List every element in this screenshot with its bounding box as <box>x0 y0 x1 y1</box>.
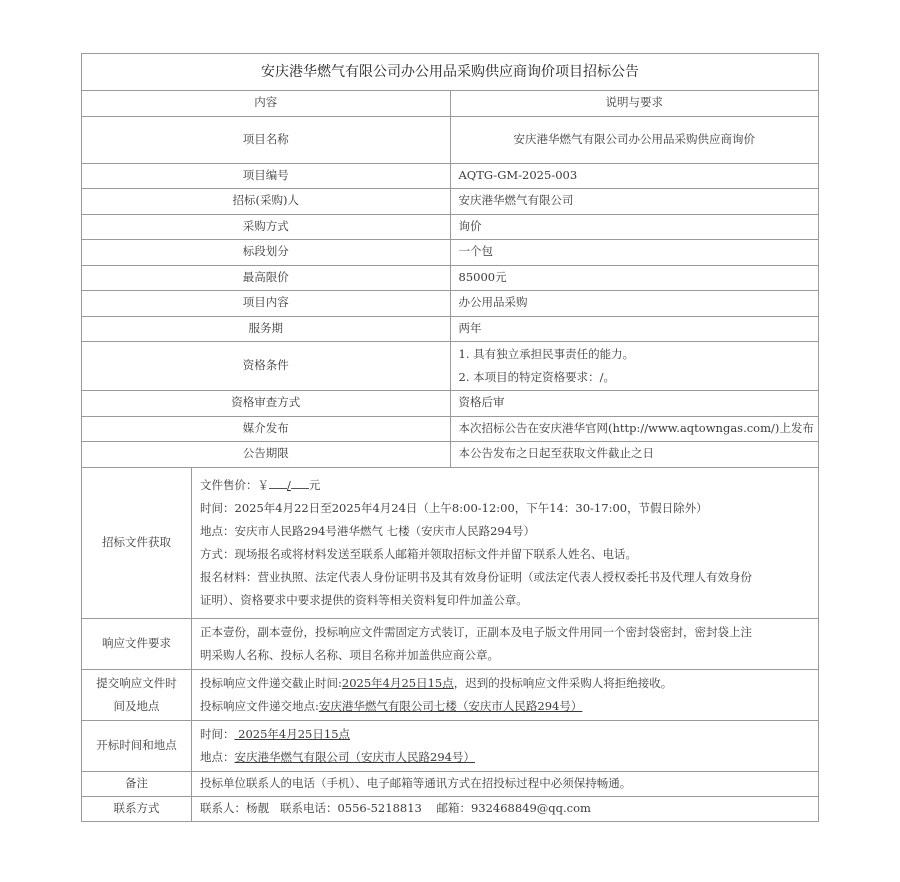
submit-deadline: 投标响应文件递交截止时间:2025年4月25日15点，迟到的投标响应文件采购人将… <box>200 672 818 695</box>
submit-deadline-prefix: 投标响应文件递交截止时间: <box>200 676 342 690</box>
row-label-response-req: 响应文件要求 <box>82 619 192 670</box>
row-value-content: 办公用品采购 <box>450 291 819 317</box>
announcement-table: 安庆港华燃气有限公司办公用品采购供应商询价项目招标公告 内容 说明与要求 项目名… <box>81 53 819 468</box>
row-label-max-price: 最高限价 <box>82 265 451 291</box>
row-value-doc-obtain: 文件售价：￥/元 时间：2025年4月22日至2025年4月24日（上午8:00… <box>192 468 819 619</box>
row-value-qualification: 1. 具有独立承担民事责任的能力。 2. 本项目的特定资格要求：/。 <box>450 342 819 391</box>
row-label-lots: 标段划分 <box>82 240 451 266</box>
response-req-line-2: 明采购人名称、投标人名称、项目名称并加盖供应商公章。 <box>200 644 818 667</box>
opening-place-prefix: 地点： <box>200 750 235 764</box>
opening-place: 地点：安庆港华燃气有限公司（安庆市人民路294号） <box>200 746 818 769</box>
doc-time: 时间：2025年4月22日至2025年4月24日（上午8:00-12:00，下午… <box>200 497 818 520</box>
procurement-details-table: 招标文件获取 文件售价：￥/元 时间：2025年4月22日至2025年4月24日… <box>81 467 819 822</box>
row-value-service-period: 两年 <box>450 316 819 342</box>
submit-place-prefix: 投标响应文件递交地点: <box>200 699 319 713</box>
row-value-project-name: 安庆港华燃气有限公司办公用品采购供应商询价 <box>450 116 819 163</box>
row-value-contact: 联系人：杨靓 联系电话：0556-5218813 邮箱：932468849@qq… <box>192 797 819 822</box>
row-label-purchaser: 招标(采购)人 <box>82 189 451 215</box>
header-description: 说明与要求 <box>450 91 819 117</box>
qualification-line-2: 2. 本项目的特定资格要求：/。 <box>459 366 819 389</box>
row-label-project-number: 项目编号 <box>82 163 451 189</box>
opening-place-value: 安庆港华燃气有限公司（安庆市人民路294号） <box>235 750 475 764</box>
doc-materials-2: 证明）、资格要求中要求提供的资料等相关资料复印件加盖公章。 <box>200 589 818 612</box>
row-label-opening: 开标时间和地点 <box>82 721 192 772</box>
row-label-period: 公告期限 <box>82 442 451 468</box>
row-label-content: 项目内容 <box>82 291 451 317</box>
row-label-doc-obtain: 招标文件获取 <box>82 468 192 619</box>
row-value-submit: 投标响应文件递交截止时间:2025年4月25日15点，迟到的投标响应文件采购人将… <box>192 670 819 721</box>
row-label-contact: 联系方式 <box>82 797 192 822</box>
doc-method: 方式：现场报名或将材料发送至联系人邮箱并领取招标文件并留下联系人姓名、电话。 <box>200 543 818 566</box>
doc-materials-1: 报名材料：营业执照、法定代表人身份证明书及其有效身份证明（或法定代表人授权委托书… <box>200 566 818 589</box>
row-value-review: 资格后审 <box>450 391 819 417</box>
opening-time-prefix: 时间： <box>200 727 235 741</box>
row-value-method: 询价 <box>450 214 819 240</box>
row-label-submit: 提交响应文件时 间及地点 <box>82 670 192 721</box>
row-label-project-name: 项目名称 <box>82 116 451 163</box>
row-value-max-price: 85000元 <box>450 265 819 291</box>
row-label-service-period: 服务期 <box>82 316 451 342</box>
row-value-purchaser: 安庆港华燃气有限公司 <box>450 189 819 215</box>
response-req-line-1: 正本壹份，副本壹份，投标响应文件需固定方式装订，正副本及电子版文件用同一个密封袋… <box>200 621 818 644</box>
qualification-line-1: 1. 具有独立承担民事责任的能力。 <box>459 343 819 366</box>
row-value-media: 本次招标公告在安庆港华官网(http://www.aqtowngas.com/)… <box>450 416 819 442</box>
header-content: 内容 <box>82 91 451 117</box>
opening-time-value: 2025年4月25日15点 <box>235 727 351 741</box>
row-label-review: 资格审查方式 <box>82 391 451 417</box>
row-label-remark: 备注 <box>82 772 192 797</box>
doc-place: 地点：安庆市人民路294号港华燃气 七楼（安庆市人民路294号） <box>200 520 818 543</box>
submit-deadline-value: 2025年4月25日15点 <box>342 676 454 690</box>
submit-label-2: 间及地点 <box>82 695 191 718</box>
doc-price: 文件售价：￥/元 <box>200 474 818 497</box>
submit-deadline-suffix: ，迟到的投标响应文件采购人将拒绝接收。 <box>454 676 673 690</box>
doc-price-prefix: 文件售价：￥ <box>200 478 269 492</box>
submit-label-1: 提交响应文件时 <box>82 672 191 695</box>
row-value-project-number: AQTG-GM-2025-003 <box>450 163 819 189</box>
row-label-qualification: 资格条件 <box>82 342 451 391</box>
row-value-opening: 时间： 2025年4月25日15点 地点：安庆港华燃气有限公司（安庆市人民路29… <box>192 721 819 772</box>
doc-price-suffix: 元 <box>309 478 321 492</box>
opening-time: 时间： 2025年4月25日15点 <box>200 723 818 746</box>
row-label-media: 媒介发布 <box>82 416 451 442</box>
submit-place: 投标响应文件递交地点:安庆港华燃气有限公司七楼（安庆市人民路294号） <box>200 695 818 718</box>
submit-place-value: 安庆港华燃气有限公司七楼（安庆市人民路294号） <box>319 699 582 713</box>
row-value-remark: 投标单位联系人的电话（手机）、电子邮箱等通讯方式在招投标过程中必须保持畅通。 <box>192 772 819 797</box>
row-value-response-req: 正本壹份，副本壹份，投标响应文件需固定方式装订，正副本及电子版文件用同一个密封袋… <box>192 619 819 670</box>
row-value-period: 本公告发布之日起至获取文件截止之日 <box>450 442 819 468</box>
page-title: 安庆港华燃气有限公司办公用品采购供应商询价项目招标公告 <box>82 54 819 91</box>
row-value-lots: 一个包 <box>450 240 819 266</box>
row-label-method: 采购方式 <box>82 214 451 240</box>
